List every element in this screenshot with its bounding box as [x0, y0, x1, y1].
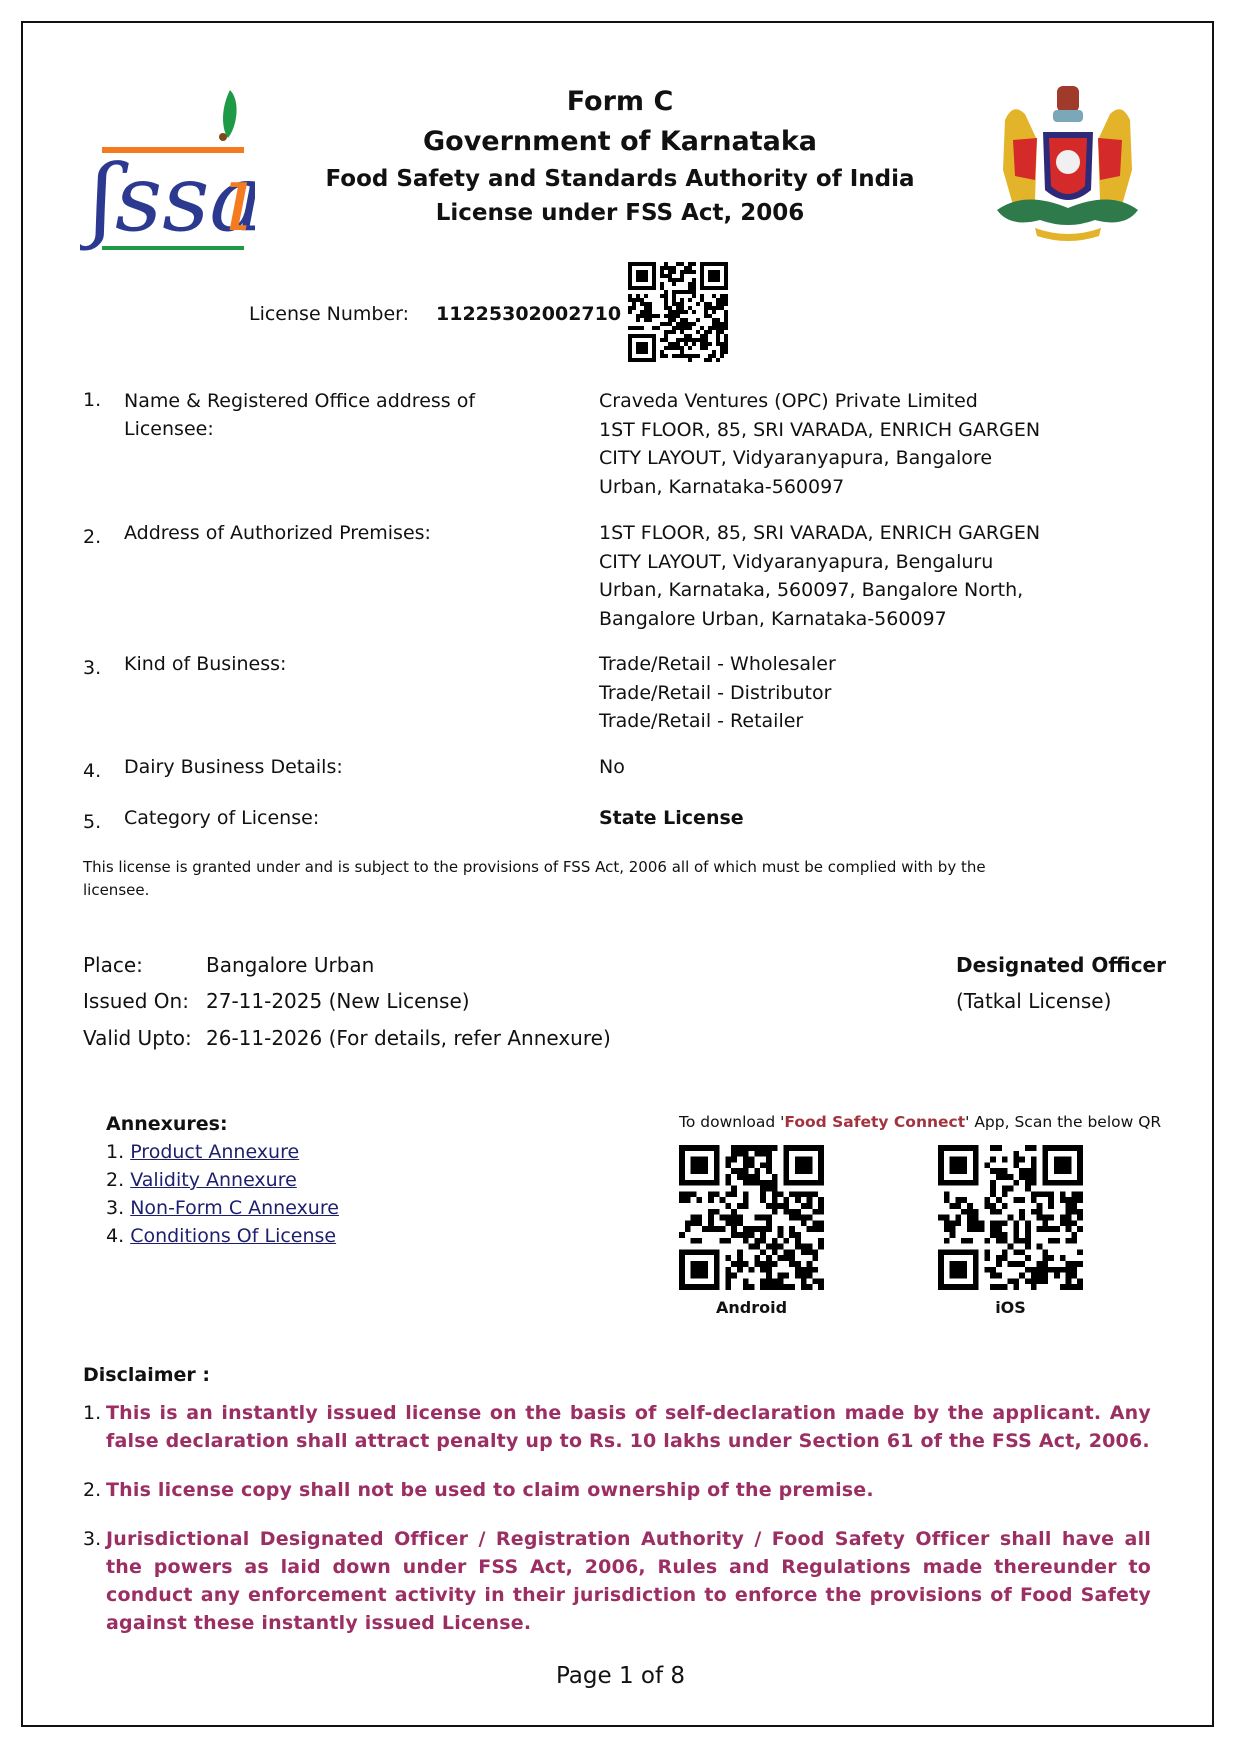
field-label-licensee: Name & Registered Office address of Lice… [124, 387, 524, 443]
caption-suffix: ' App, Scan the below QR [965, 1113, 1161, 1131]
page-number: Page 1 of 8 [0, 1663, 1241, 1689]
disclaimer-item: 2. This license copy shall not be used t… [83, 1476, 1151, 1504]
valid-upto-label: Valid Upto: [83, 1026, 192, 1050]
caption-prefix: To download ' [679, 1113, 784, 1131]
annexure-number: 2. [106, 1169, 124, 1191]
disclaimer-number: 2. [83, 1476, 106, 1504]
non-form-c-annexure-link[interactable]: Non-Form C Annexure [130, 1197, 339, 1219]
place-label: Place: [83, 953, 143, 977]
authority-title: Food Safety and Standards Authority of I… [300, 166, 940, 192]
field-number: 1. [83, 389, 101, 411]
value-line: 1ST FLOOR, 85, SRI VARADA, ENRICH GARGEN [599, 416, 1059, 445]
license-number-label: License Number: [249, 303, 409, 325]
app-download-caption: To download 'Food Safety Connect' App, S… [679, 1113, 1161, 1131]
value-line: Craveda Ventures (OPC) Private Limited [599, 387, 1059, 416]
value-line: CITY LAYOUT, Vidyaranyapura, Bengaluru [599, 548, 1059, 577]
field-label-premises: Address of Authorized Premises: [124, 519, 524, 547]
place-value: Bangalore Urban [206, 953, 374, 977]
value-line: Urban, Karnataka, 560097, Bangalore Nort… [599, 576, 1059, 605]
disclaimer-text: This license copy shall not be used to c… [106, 1476, 874, 1504]
fssai-logo: ʃssa ı [80, 80, 255, 255]
annexure-number: 1. [106, 1141, 124, 1163]
designated-officer-title: Designated Officer [956, 953, 1166, 977]
qr-code-icon [628, 262, 728, 362]
field-value-business: Trade/Retail - Wholesaler Trade/Retail -… [599, 650, 1059, 736]
value-line: Trade/Retail - Distributor [599, 679, 1059, 708]
value-line: CITY LAYOUT, Vidyaranyapura, Bangalore [599, 444, 1059, 473]
field-label-dairy: Dairy Business Details: [124, 753, 524, 781]
conditions-of-license-link[interactable]: Conditions Of License [130, 1225, 336, 1247]
form-title: Form C [300, 86, 940, 117]
field-value-category: State License [599, 804, 1059, 833]
field-value-licensee: Craveda Ventures (OPC) Private Limited 1… [599, 387, 1059, 501]
field-value-premises: 1ST FLOOR, 85, SRI VARADA, ENRICH GARGEN… [599, 519, 1059, 633]
grant-statement: This license is granted under and is sub… [83, 856, 1043, 902]
field-number: 4. [83, 760, 101, 782]
app-name: Food Safety Connect [784, 1113, 965, 1131]
disclaimer-title: Disclaimer : [83, 1364, 210, 1386]
ios-label: iOS [938, 1298, 1083, 1317]
disclaimer-text: This is an instantly issued license on t… [106, 1399, 1151, 1455]
karnataka-emblem-icon [985, 80, 1150, 250]
android-label: Android [679, 1298, 824, 1317]
field-number: 3. [83, 657, 101, 679]
annexure-number: 3. [106, 1197, 124, 1219]
annexure-item: 2. Validity Annexure [106, 1169, 297, 1191]
value-line: 1ST FLOOR, 85, SRI VARADA, ENRICH GARGEN [599, 519, 1059, 548]
annexure-number: 4. [106, 1225, 124, 1247]
field-label-category: Category of License: [124, 804, 524, 832]
government-title: Government of Karnataka [300, 126, 940, 157]
product-annexure-link[interactable]: Product Annexure [130, 1141, 299, 1163]
disclaimer-text: Jurisdictional Designated Officer / Regi… [106, 1525, 1151, 1637]
disclaimer-item: 3. Jurisdictional Designated Officer / R… [83, 1525, 1151, 1637]
annexure-item: 1. Product Annexure [106, 1141, 299, 1163]
disclaimer-number: 1. [83, 1399, 106, 1455]
issued-on-label: Issued On: [83, 989, 189, 1013]
value-line: Bangalore Urban, Karnataka-560097 [599, 605, 1059, 634]
svg-text:ı: ı [223, 145, 252, 252]
ios-qr-code-icon [938, 1145, 1083, 1290]
disclaimer-item: 1. This is an instantly issued license o… [83, 1399, 1151, 1455]
annexures-title: Annexures: [106, 1113, 228, 1135]
validity-annexure-link[interactable]: Validity Annexure [130, 1169, 297, 1191]
value-line: Urban, Karnataka-560097 [599, 473, 1059, 502]
annexure-item: 3. Non-Form C Annexure [106, 1197, 339, 1219]
field-label-business: Kind of Business: [124, 650, 524, 678]
disclaimer-number: 3. [83, 1525, 106, 1637]
value-line: Trade/Retail - Wholesaler [599, 650, 1059, 679]
issued-on-value: 27-11-2025 (New License) [206, 989, 470, 1013]
field-number: 5. [83, 811, 101, 833]
designated-officer-subtitle: (Tatkal License) [956, 989, 1111, 1013]
license-number-value: 11225302002710 [436, 303, 621, 325]
annexure-item: 4. Conditions Of License [106, 1225, 336, 1247]
value-line: Trade/Retail - Retailer [599, 707, 1059, 736]
act-title: License under FSS Act, 2006 [300, 200, 940, 226]
field-number: 2. [83, 526, 101, 548]
field-value-dairy: No [599, 753, 1059, 782]
valid-upto-value: 26-11-2026 (For details, refer Annexure) [206, 1026, 611, 1050]
android-qr-code-icon [679, 1145, 824, 1290]
